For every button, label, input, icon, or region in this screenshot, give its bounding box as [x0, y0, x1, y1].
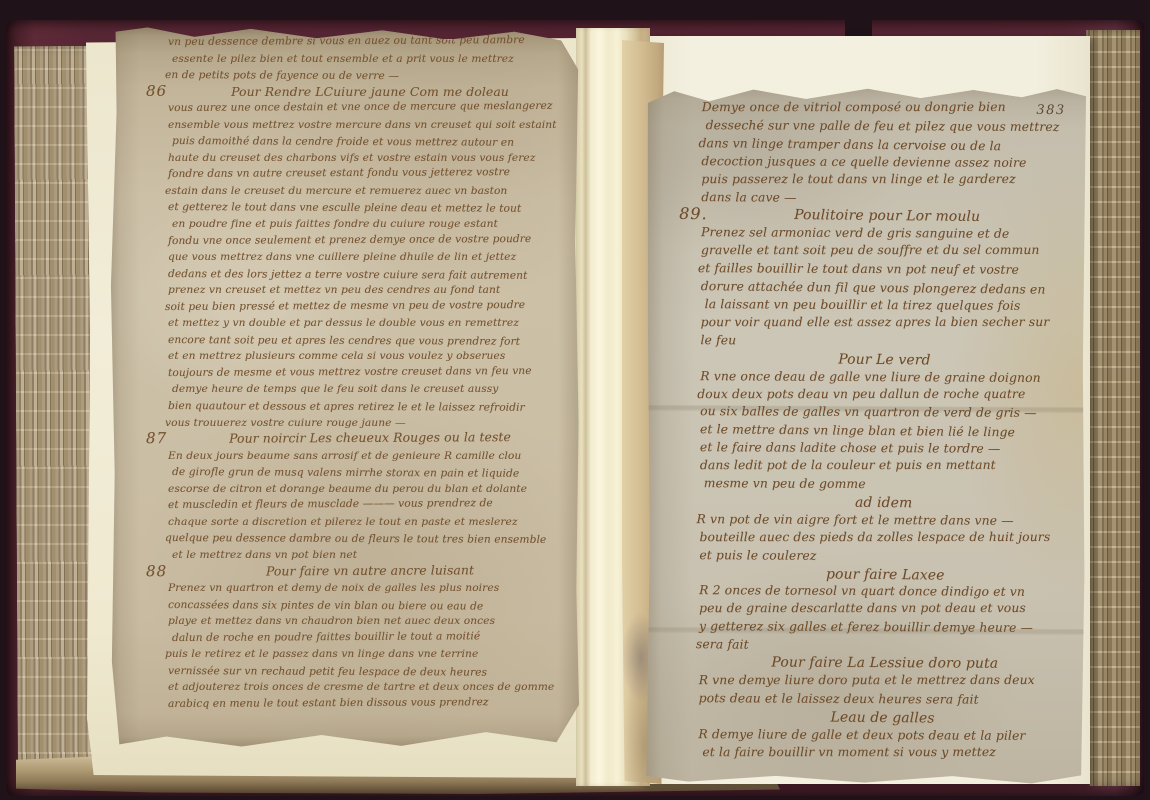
manuscript-line: toujours de mesme et vous mettrez vostre… — [168, 363, 572, 382]
manuscript-line: mesme vn peu de gomme — [704, 475, 1068, 495]
section-heading-text: Pour faire La Lessiue doro puta — [771, 655, 998, 672]
manuscript-line: dans ledit pot de la couleur et puis en … — [700, 457, 1068, 475]
section-heading: 88Pour faire vn autre ancre luisant — [168, 561, 572, 580]
manuscript-line: peu de graine descarlatte dans vn pot de… — [699, 600, 1067, 618]
manuscript-line: dorure attachée dun fil que vous plonger… — [701, 278, 1069, 300]
right-page-edge-stack — [1084, 30, 1140, 786]
section-heading-text: Pour noircir Les cheueux Rouges ou la te… — [229, 429, 511, 446]
manuscript-line: quelque peu dessence dambre ou de fleurs… — [165, 530, 572, 549]
section-heading: Pour Le verd — [700, 350, 1068, 372]
section-heading-text: pour faire Laxee — [826, 566, 945, 583]
manuscript-line: R vne demye liure doro puta et le mettre… — [699, 672, 1067, 690]
manuscript-line: fondu vne once seulement et prenez demye… — [168, 230, 572, 249]
manuscript-line: estain dans le creuset du mercure et rem… — [165, 183, 572, 200]
manuscript-line: dans vn linge tramper dans la cervoise o… — [698, 135, 1069, 157]
section-heading: ad idem — [700, 493, 1068, 515]
section-heading-text: Pour Le verd — [838, 351, 930, 368]
manuscript-line: concassées dans six pintes de vin blan o… — [168, 597, 572, 616]
right-page-text: Demye once de vitriol composé ou dongrie… — [698, 99, 1069, 763]
section-heading: pour faire Laxee — [703, 565, 1067, 587]
manuscript-line: et getterez le tout dans vne esculle ple… — [168, 199, 572, 218]
manuscript-line: le feu — [700, 332, 1068, 352]
manuscript-line: desseché sur vne palle de feu et pilez q… — [706, 117, 1070, 137]
manuscript-line: dalun de roche en poudre faittes bouilli… — [172, 627, 572, 646]
section-number: 87 — [146, 430, 167, 447]
manuscript-line: encore tant soit peu et apres les cendre… — [168, 332, 572, 351]
manuscript-line: ou six balles de galles vn quartron de v… — [700, 404, 1068, 424]
section-number: 88 — [146, 563, 167, 580]
manuscript-line: essente le pilez bien et tout ensemble e… — [172, 51, 572, 68]
manuscript-line: bouteille auec des pieds da zolles lespa… — [699, 529, 1067, 547]
manuscript-line: arabicq en menu le tout estant bien diss… — [168, 694, 572, 713]
manuscript-line: de girofle grun de musq valens mirrhe st… — [172, 464, 572, 483]
manuscript-line: puis le retirez et le passez dans vn lin… — [165, 646, 572, 663]
section-heading-text: Pour Rendre LCuiure jaune Com me doleau — [231, 84, 509, 99]
manuscript-line: vernissée sur vn rechaud petit feu lespa… — [168, 663, 572, 682]
manuscript-line: Prenez vn quartron et demy de noix de ga… — [168, 580, 572, 597]
section-heading: Leau de galles — [698, 708, 1066, 730]
manuscript-line: dedans et des lors jettez a terre vostre… — [168, 266, 572, 285]
section-heading: 87Pour noircir Les cheueux Rouges ou la … — [168, 429, 572, 448]
section-number: 86 — [146, 83, 167, 100]
manuscript-line: pots deau et le laissez deux heures sera… — [699, 690, 1067, 710]
section-heading-text: Pour faire vn autre ancre luisant — [266, 562, 474, 578]
manuscript-line: bien quautour et dessous et apres retire… — [168, 398, 572, 417]
manuscript-line: puis damoithé dans la cendre froide et v… — [172, 133, 572, 152]
section-heading-text: Leau de galles — [830, 709, 934, 726]
manuscript-line: et mettez y vn double et par dessus le d… — [168, 315, 572, 332]
manuscript-line: Demye once de vitriol composé ou dongrie… — [702, 99, 1070, 117]
section-heading-text: ad idem — [855, 495, 912, 512]
section-heading-text: Poulitoire pour Lor moulu — [794, 207, 980, 225]
manuscript-line: vn peu dessence dembre si vous en auez o… — [168, 32, 572, 51]
manuscript-line: ensemble vous mettrez vostre mercure dan… — [168, 117, 572, 134]
manuscript-line: que vous mettrez dans vne cuillere plein… — [168, 249, 572, 266]
manuscript-line: et le mettrez dans vn pot bien net — [172, 547, 572, 564]
manuscript-line: pour voir quand elle est assez apres la … — [701, 314, 1069, 332]
left-manuscript-page: vn peu dessence dembre si vous en auez o… — [110, 26, 580, 748]
manuscript-line: gravelle et tant soit peu de souffre et … — [701, 242, 1069, 260]
manuscript-line: puis passerez le tout dans vn linge et l… — [701, 171, 1069, 189]
manuscript-line: y getterez six galles et ferez bouillir … — [699, 618, 1067, 638]
folio-number: 383 — [1036, 103, 1065, 118]
manuscript-line: doux deux pots deau vn peu dallun de roc… — [697, 385, 1068, 403]
manuscript-line: et muscledin et fleurs de musclade ——— v… — [168, 495, 572, 514]
manuscript-line: soit peu bien pressé et mettez de mesme … — [165, 296, 572, 315]
right-manuscript-page: 383 Demye once de vitriol composé ou don… — [644, 85, 1088, 785]
manuscript-line: vous aurez une once destain et vne once … — [168, 98, 572, 117]
left-page-text: vn peu dessence dembre si vous en auez o… — [168, 34, 572, 712]
manuscript-line: demye heure de temps que le feu soit dan… — [172, 381, 572, 398]
manuscript-photo: vn peu dessence dembre si vous en auez o… — [0, 0, 1150, 800]
manuscript-line: et la faire bouillir vn moment si vous y… — [702, 744, 1066, 762]
manuscript-line: dans la cave — — [701, 189, 1069, 209]
section-number: 89. — [679, 205, 708, 223]
manuscript-line: et puis le coulerez — [699, 547, 1067, 567]
manuscript-line: fondre dans vn autre creuset estant fond… — [168, 164, 572, 183]
manuscript-line: En deux jours beaume sans arrosif et de … — [168, 448, 572, 465]
manuscript-line: et failles bouillir le tout dans vn pot … — [698, 260, 1069, 280]
manuscript-line: chaque sorte a discretion et pilerez le … — [168, 514, 572, 531]
